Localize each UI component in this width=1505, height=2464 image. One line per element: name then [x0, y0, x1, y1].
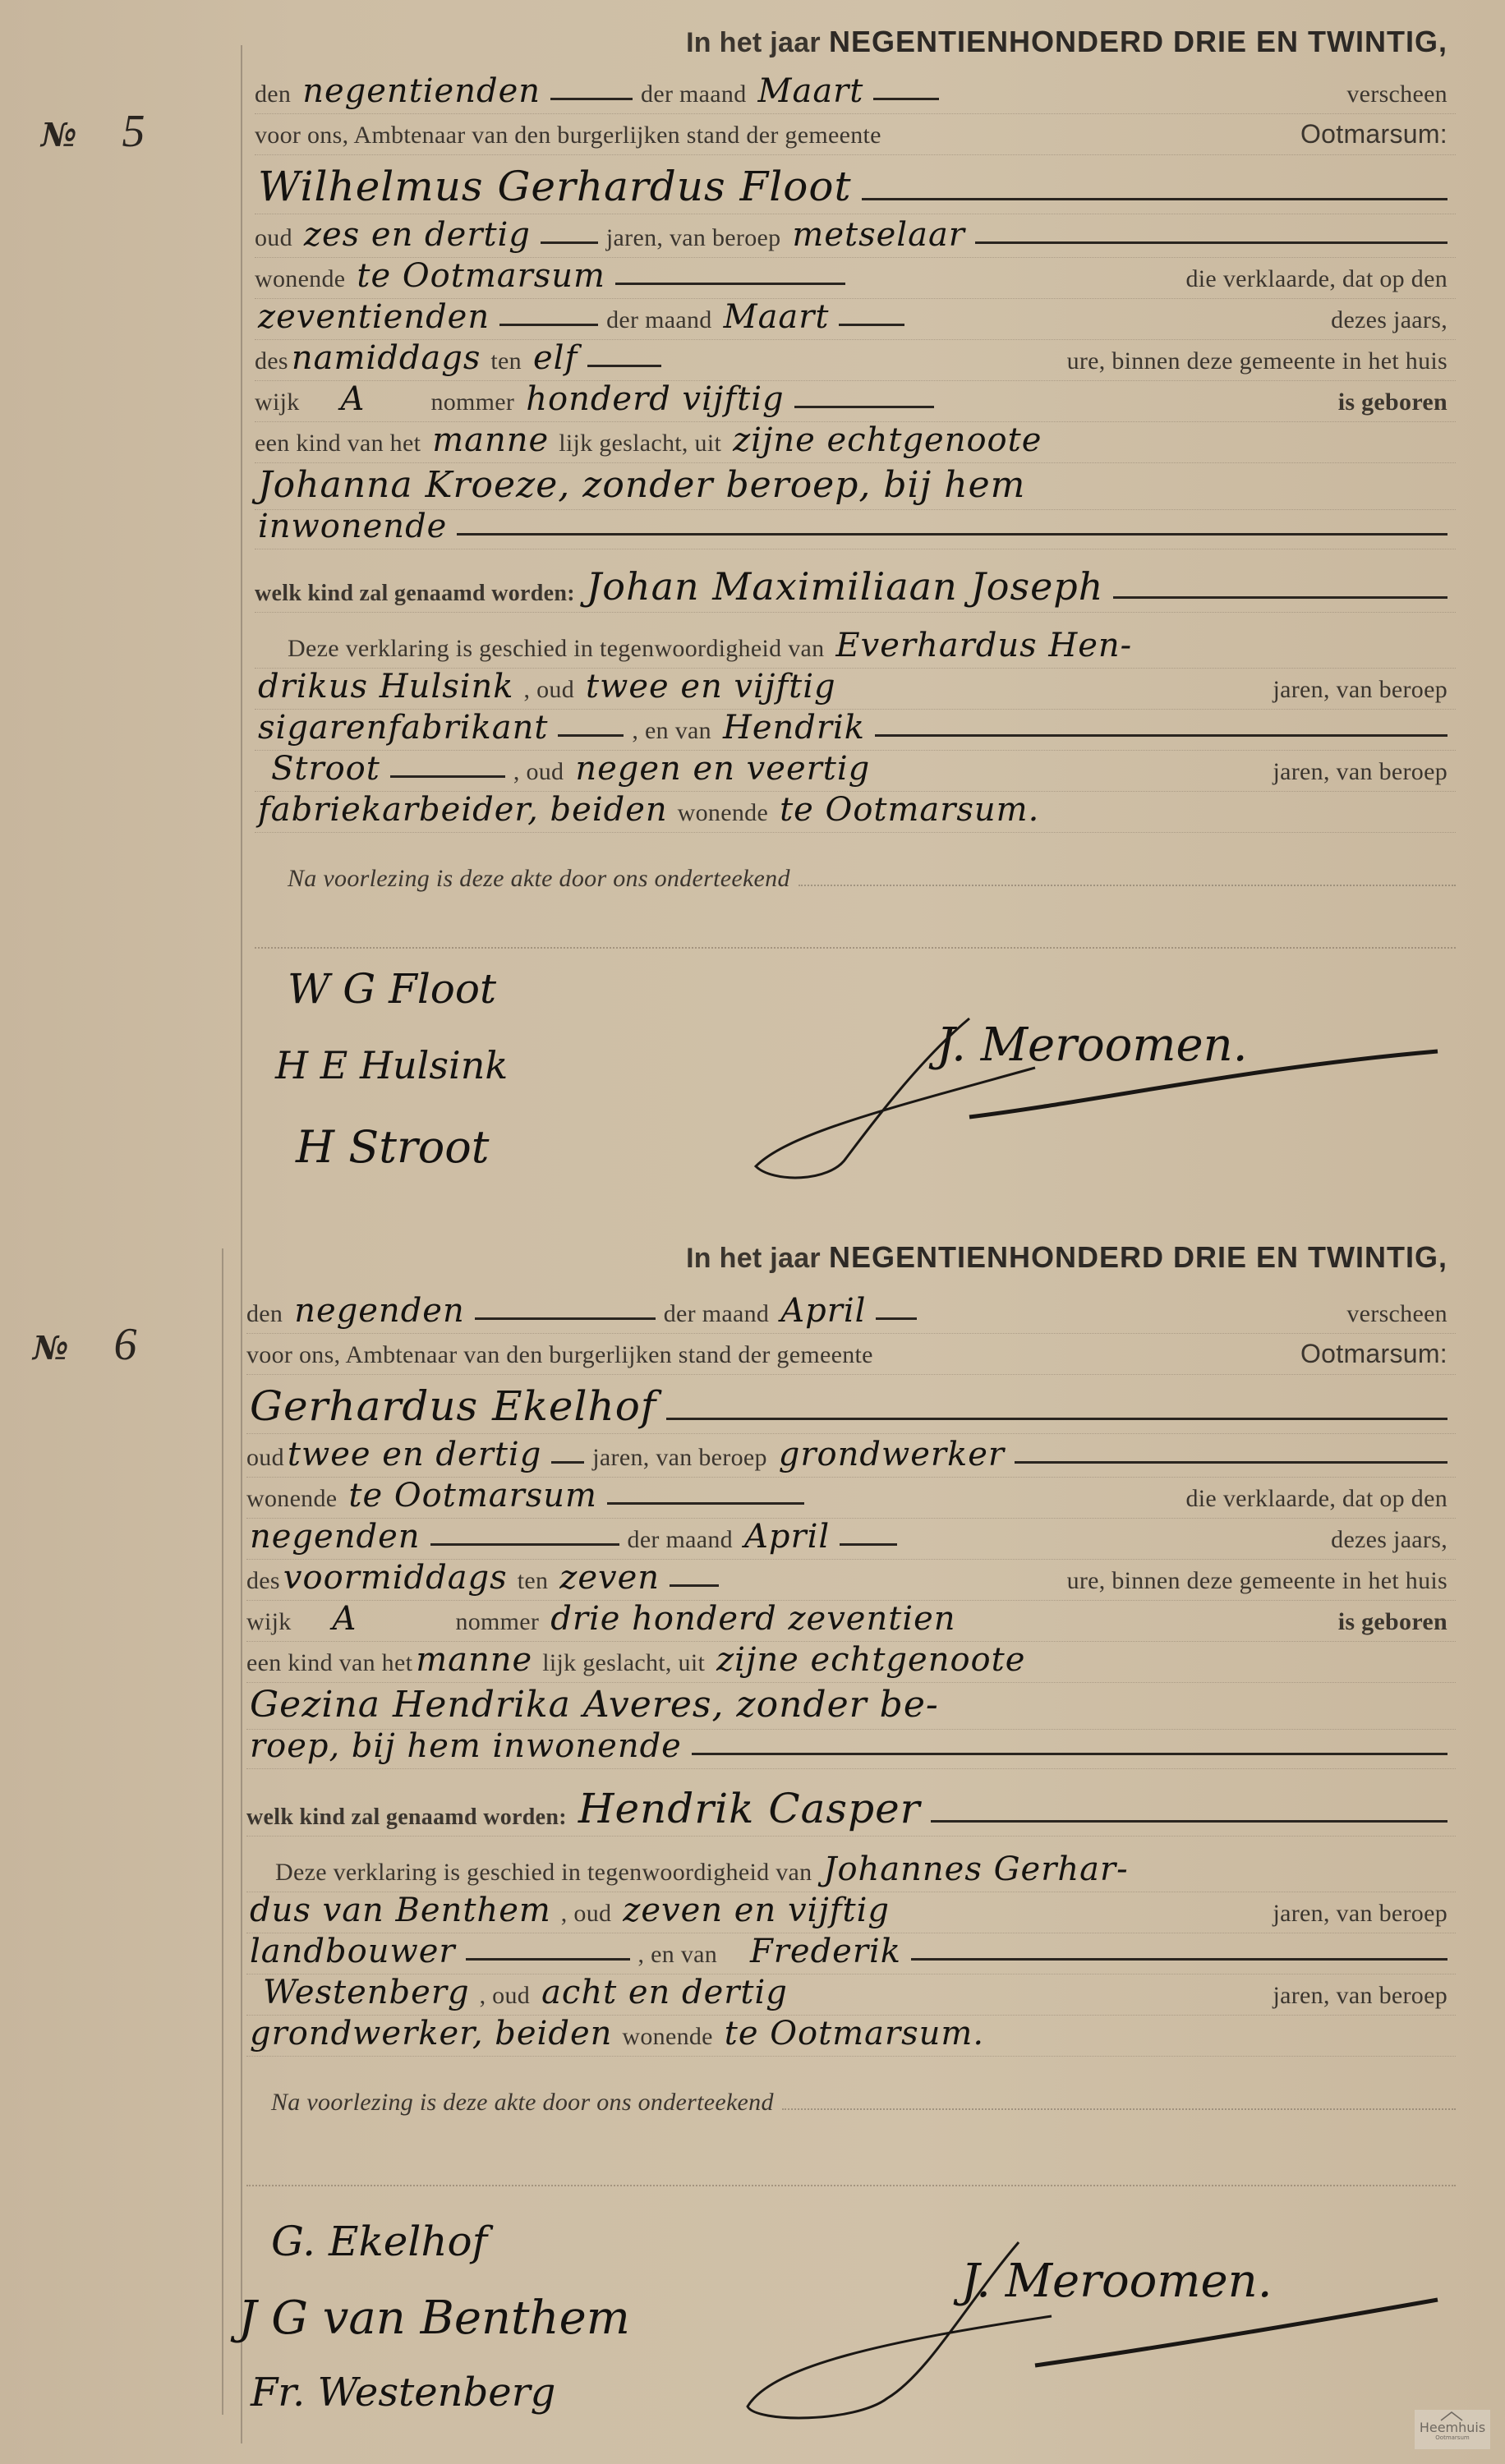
entry-number: №5 — [41, 105, 145, 158]
closing-line: Na voorlezing is deze akte door ons onde… — [255, 858, 1456, 898]
birth-time-line: des voormiddags ten zeven ure, binnen de… — [246, 1561, 1456, 1601]
mother-line-2: inwonende — [255, 509, 1456, 549]
official-line: voor ons, Ambtenaar van den burgerlijken… — [246, 1335, 1456, 1375]
signature-father: W G Floot — [288, 965, 496, 1013]
mother-line-1: Johanna Kroeze, zonder beroep, bij hem — [255, 464, 1456, 510]
birth-date-line: negenden der maand April dezes jaars, — [246, 1519, 1456, 1560]
official-line: voor ons, Ambtenaar van den burgerlijken… — [255, 115, 1456, 155]
date-line: den negenden der maand April verscheen — [246, 1294, 1456, 1334]
margin-rule-lower — [222, 1248, 223, 2415]
signature-flourish — [674, 1010, 1462, 1191]
signature-witness-1: H E Hulsink — [275, 1043, 508, 1087]
child-name-line: welk kind zal genaamd worden: Hendrik Ca… — [246, 1791, 1456, 1837]
entry-number-value: 6 — [113, 1319, 136, 1370]
separator — [255, 947, 1456, 949]
declarant-line: Gerhardus Ekelhof — [246, 1384, 1456, 1434]
witness2-line: Westenberg , oud acht en dertig jaren, v… — [246, 1975, 1456, 2016]
witness2-occupation-line: fabriekarbeider, beiden wonende te Ootma… — [255, 793, 1456, 833]
witness1-line: dus van Benthem , oud zeven en vijftig j… — [246, 1893, 1456, 1933]
witness1-occupation-line: landbouwer , en van Frederik — [246, 1934, 1456, 1974]
witness2-occupation-line: grondwerker, beiden wonende te Ootmarsum… — [246, 2016, 1456, 2057]
address-line: wijk A nommer drie honderd zeventien is … — [246, 1602, 1456, 1642]
declarant-age-line: oud twee en dertig jaren, van beroep gro… — [246, 1437, 1456, 1478]
margin-rule — [241, 45, 242, 2443]
birth-date-line: zeventienden der maand Maart dezes jaars… — [255, 300, 1456, 340]
sex-line: een kind van het manne lijk geslacht, ui… — [255, 423, 1456, 463]
month-field: Maart — [758, 72, 864, 110]
signature-witness-2: H Stroot — [296, 1121, 490, 1173]
mother-line-2: roep, bij hem inwonende — [246, 1729, 1456, 1769]
declarant-line: Wilhelmus Gerhardus Floot — [255, 164, 1456, 214]
birth-time-line: des namiddags ten elf ure, binnen deze g… — [255, 341, 1456, 381]
year-line: In het jaar NEGENTIENHONDERD DRIE EN TWI… — [255, 25, 1456, 64]
separator — [246, 2185, 1456, 2186]
signature-witness-1: J G van Benthem — [238, 2292, 630, 2345]
child-name-line: welk kind zal genaamd worden: Johan Maxi… — [255, 567, 1456, 613]
declarant-age-line: oud zes en dertig jaren, van beroep mets… — [255, 218, 1456, 258]
residence-line: wonende te Ootmarsum die verklaarde, dat… — [246, 1478, 1456, 1519]
entry-number: №6 — [33, 1318, 136, 1371]
day-field: negentienden — [302, 72, 541, 110]
register-page: №5 In het jaar NEGENTIENHONDERD DRIE EN … — [0, 0, 1505, 2464]
witness2-line: Stroot , oud negen en veertig jaren, van… — [255, 752, 1456, 792]
address-line: wijk A nommer honderd vijftig is geboren — [255, 382, 1456, 422]
declarant-name: Wilhelmus Gerhardus Floot — [258, 163, 852, 210]
date-line: den negentienden der maand Maart versche… — [255, 74, 1456, 114]
witness-intro-line: Deze verklaring is geschied in tegenwoor… — [255, 628, 1456, 669]
number-sign: № — [33, 1329, 68, 1368]
residence-line: wonende te Ootmarsum die verklaarde, dat… — [255, 259, 1456, 299]
witness1-occupation-line: sigarenfabrikant , en van Hendrik — [255, 710, 1456, 751]
mother-line-1: Gezina Hendrika Averes, zonder be- — [246, 1684, 1456, 1730]
year-line: In het jaar NEGENTIENHONDERD DRIE EN TWI… — [255, 1240, 1456, 1280]
witness1-line: drikus Hulsink , oud twee en vijftig jar… — [255, 669, 1456, 710]
signature-father: G. Ekelhof — [271, 2218, 487, 2265]
signature-flourish — [723, 2234, 1462, 2431]
entry-number-value: 5 — [122, 106, 145, 157]
sex-line: een kind van het manne lijk geslacht, ui… — [246, 1643, 1456, 1683]
witness-intro-line: Deze verklaring is geschied in tegenwoor… — [246, 1852, 1456, 1892]
child-name: Johan Maximiliaan Joseph — [587, 564, 1104, 609]
number-sign: № — [41, 116, 76, 154]
roof-logo-icon — [1439, 2411, 1464, 2421]
closing-line: Na voorlezing is deze akte door ons onde… — [246, 2082, 1456, 2122]
heemhuis-watermark: Heemhuis Ootmarsum — [1415, 2410, 1490, 2449]
child-name: Hendrik Casper — [578, 1785, 921, 1832]
signature-witness-2: Fr. Westenberg — [251, 2370, 555, 2416]
